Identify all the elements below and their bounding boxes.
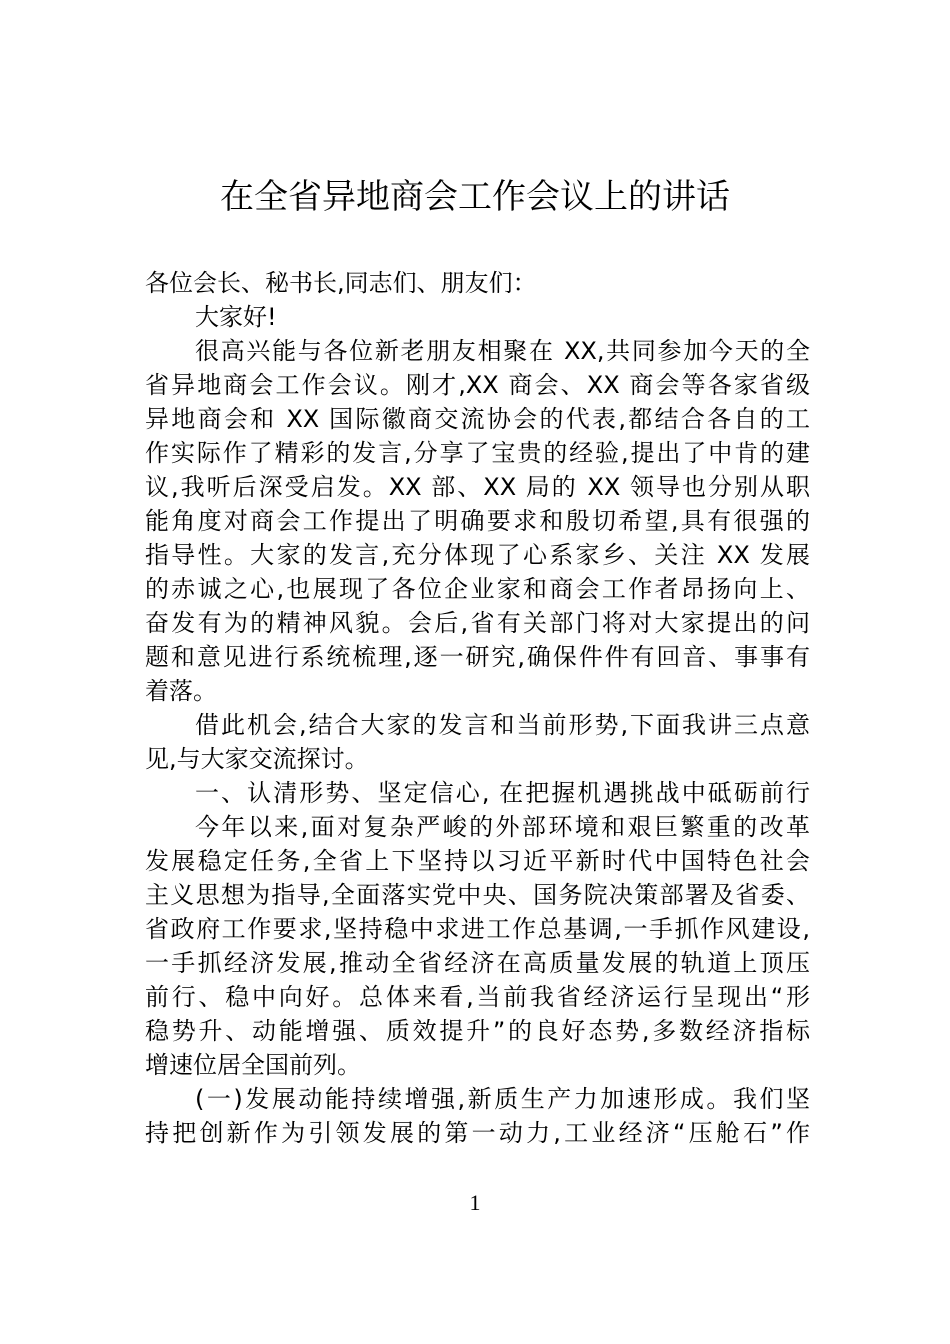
text-line: 很高兴能与各位新老朋友相聚在 XX,共同参加今天的全 [145, 334, 810, 368]
text-line: 借此机会,结合大家的发言和当前形势,下面我讲三点意 [145, 708, 810, 742]
document-body: 各位会长、秘书长,同志们、朋友们： 大家好! 很高兴能与各位新老朋友相聚在 XX… [145, 266, 810, 1150]
subsection-heading: (一)发展动能持续增强,新质生产力加速形成。我们坚 [145, 1082, 810, 1116]
text-line: 异地商会和 XX 国际徽商交流协会的代表,都结合各自的工 [145, 402, 810, 436]
text-line: 作实际作了精彩的发言,分享了宝贵的经验,提出了中肯的建 [145, 436, 810, 470]
text-line: 大家好! [145, 300, 810, 334]
text-line: 着落。 [145, 674, 810, 708]
text-line: 主义思想为指导,全面落实党中央、国务院决策部署及省委、 [145, 878, 810, 912]
text-line: 见,与大家交流探讨。 [145, 742, 810, 776]
text-line: 省政府工作要求,坚持稳中求进工作总基调,一手抓作风建设, [145, 912, 810, 946]
text-line: 一手抓经济发展,推动全省经济在高质量发展的轨道上顶压 [145, 946, 810, 980]
document-page: 在全省异地商会工作会议上的讲话 各位会长、秘书长,同志们、朋友们： 大家好! 很… [0, 0, 950, 1344]
document-title: 在全省异地商会工作会议上的讲话 [0, 172, 950, 222]
text-line: 持把创新作为引领发展的第一动力,工业经济“压舱石”作 [145, 1116, 810, 1150]
text-line: 发展稳定任务,全省上下坚持以习近平新时代中国特色社会 [145, 844, 810, 878]
text-line: 省异地商会工作会议。刚才,XX 商会、XX 商会等各家省级 [145, 368, 810, 402]
text-line: 增速位居全国前列。 [145, 1048, 810, 1082]
text-line: 奋发有为的精神风貌。会后,省有关部门将对大家提出的问 [145, 606, 810, 640]
text-line: 能角度对商会工作提出了明确要求和殷切希望,具有很强的 [145, 504, 810, 538]
text-line: 指导性。大家的发言,充分体现了心系家乡、关注 XX 发展 [145, 538, 810, 572]
text-line: 各位会长、秘书长,同志们、朋友们： [145, 266, 810, 300]
text-line: 前行、稳中向好。总体来看,当前我省经济运行呈现出“形 [145, 980, 810, 1014]
page-number: 1 [0, 1188, 950, 1218]
section-heading: 一、认清形势、坚定信心, 在把握机遇挑战中砥砺前行 [145, 776, 810, 810]
text-line: 今年以来,面对复杂严峻的外部环境和艰巨繁重的改革 [145, 810, 810, 844]
text-line: 稳势升、动能增强、质效提升”的良好态势,多数经济指标 [145, 1014, 810, 1048]
text-line: 议,我听后深受启发。XX 部、XX 局的 XX 领导也分别从职 [145, 470, 810, 504]
text-line: 题和意见进行系统梳理,逐一研究,确保件件有回音、事事有 [145, 640, 810, 674]
text-line: 的赤诚之心,也展现了各位企业家和商会工作者昂扬向上、 [145, 572, 810, 606]
